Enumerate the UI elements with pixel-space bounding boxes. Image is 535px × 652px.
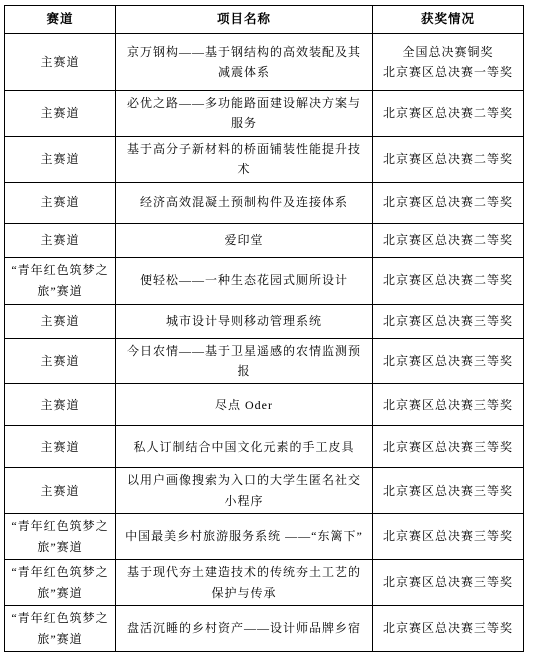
project-cell: 便轻松——一种生态花园式厕所设计 — [116, 257, 373, 304]
project-cell: 私人订制结合中国文化元素的手工皮具 — [116, 426, 373, 468]
award-cell: 北京赛区总决赛三等奖 — [373, 514, 524, 560]
table-row: 主赛道 爱印堂 北京赛区总决赛二等奖 — [5, 223, 524, 257]
table-row: “青年红色筑梦之旅”赛道 基于现代夯土建造技术的传统夯土工艺的保护与传承 北京赛… — [5, 560, 524, 606]
table-row: 主赛道 私人订制结合中国文化元素的手工皮具 北京赛区总决赛三等奖 — [5, 426, 524, 468]
track-cell: 主赛道 — [5, 338, 116, 384]
project-cell: 城市设计导则移动管理系统 — [116, 304, 373, 338]
award-cell: 北京赛区总决赛三等奖 — [373, 338, 524, 384]
project-cell: 京万钢构——基于钢结构的高效装配及其减震体系 — [116, 34, 373, 91]
table-row: 主赛道 京万钢构——基于钢结构的高效装配及其减震体系 全国总决赛铜奖 北京赛区总… — [5, 34, 524, 91]
header-project: 项目名称 — [116, 6, 373, 34]
award-cell: 北京赛区总决赛二等奖 — [373, 223, 524, 257]
award-cell: 北京赛区总决赛三等奖 — [373, 426, 524, 468]
project-cell: 经济高效混凝土预制构件及连接体系 — [116, 182, 373, 223]
awards-table: 赛道 项目名称 获奖情况 主赛道 京万钢构——基于钢结构的高效装配及其减震体系 … — [4, 5, 524, 652]
table-row: 主赛道 基于高分子新材料的桥面铺装性能提升技术 北京赛区总决赛二等奖 — [5, 136, 524, 182]
table-row: 主赛道 以用户画像搜索为入口的大学生匿名社交小程序 北京赛区总决赛三等奖 — [5, 468, 524, 514]
header-award: 获奖情况 — [373, 6, 524, 34]
award-cell: 北京赛区总决赛二等奖 — [373, 257, 524, 304]
track-cell: 主赛道 — [5, 182, 116, 223]
project-cell: 盘活沉睡的乡村资产——设计师品牌乡宿 — [116, 606, 373, 652]
table-row: 主赛道 必优之路——多功能路面建设解决方案与服务 北京赛区总决赛二等奖 — [5, 91, 524, 137]
award-cell: 北京赛区总决赛二等奖 — [373, 91, 524, 137]
track-cell: 主赛道 — [5, 384, 116, 426]
award-cell: 北京赛区总决赛二等奖 — [373, 182, 524, 223]
table-row: 主赛道 尽点 Oder 北京赛区总决赛三等奖 — [5, 384, 524, 426]
project-cell: 尽点 Oder — [116, 384, 373, 426]
track-cell: “青年红色筑梦之旅”赛道 — [5, 257, 116, 304]
track-cell: 主赛道 — [5, 426, 116, 468]
track-cell: 主赛道 — [5, 468, 116, 514]
track-cell: 主赛道 — [5, 34, 116, 91]
track-cell: 主赛道 — [5, 304, 116, 338]
project-cell: 今日农情——基于卫星遥感的农情监测预报 — [116, 338, 373, 384]
award-cell: 北京赛区总决赛二等奖 — [373, 136, 524, 182]
header-track: 赛道 — [5, 6, 116, 34]
table-body: 主赛道 京万钢构——基于钢结构的高效装配及其减震体系 全国总决赛铜奖 北京赛区总… — [5, 34, 524, 652]
table-row: “青年红色筑梦之旅”赛道 中国最美乡村旅游服务系统 ——“东篱下” 北京赛区总决… — [5, 514, 524, 560]
project-cell: 以用户画像搜索为入口的大学生匿名社交小程序 — [116, 468, 373, 514]
table-row: 主赛道 今日农情——基于卫星遥感的农情监测预报 北京赛区总决赛三等奖 — [5, 338, 524, 384]
project-cell: 必优之路——多功能路面建设解决方案与服务 — [116, 91, 373, 137]
project-cell: 基于现代夯土建造技术的传统夯土工艺的保护与传承 — [116, 560, 373, 606]
project-cell: 中国最美乡村旅游服务系统 ——“东篱下” — [116, 514, 373, 560]
table-row: “青年红色筑梦之旅”赛道 盘活沉睡的乡村资产——设计师品牌乡宿 北京赛区总决赛三… — [5, 606, 524, 652]
table-row: 主赛道 城市设计导则移动管理系统 北京赛区总决赛三等奖 — [5, 304, 524, 338]
track-cell: 主赛道 — [5, 223, 116, 257]
track-cell: “青年红色筑梦之旅”赛道 — [5, 606, 116, 652]
track-cell: 主赛道 — [5, 136, 116, 182]
track-cell: 主赛道 — [5, 91, 116, 137]
table-row: “青年红色筑梦之旅”赛道 便轻松——一种生态花园式厕所设计 北京赛区总决赛二等奖 — [5, 257, 524, 304]
table-header-row: 赛道 项目名称 获奖情况 — [5, 6, 524, 34]
award-cell: 北京赛区总决赛三等奖 — [373, 384, 524, 426]
project-cell: 爱印堂 — [116, 223, 373, 257]
project-cell: 基于高分子新材料的桥面铺装性能提升技术 — [116, 136, 373, 182]
track-cell: “青年红色筑梦之旅”赛道 — [5, 560, 116, 606]
award-cell: 北京赛区总决赛三等奖 — [373, 304, 524, 338]
award-cell: 北京赛区总决赛三等奖 — [373, 468, 524, 514]
table-row: 主赛道 经济高效混凝土预制构件及连接体系 北京赛区总决赛二等奖 — [5, 182, 524, 223]
award-cell: 北京赛区总决赛三等奖 — [373, 560, 524, 606]
award-cell: 全国总决赛铜奖 北京赛区总决赛一等奖 — [373, 34, 524, 91]
track-cell: “青年红色筑梦之旅”赛道 — [5, 514, 116, 560]
award-cell: 北京赛区总决赛三等奖 — [373, 606, 524, 652]
